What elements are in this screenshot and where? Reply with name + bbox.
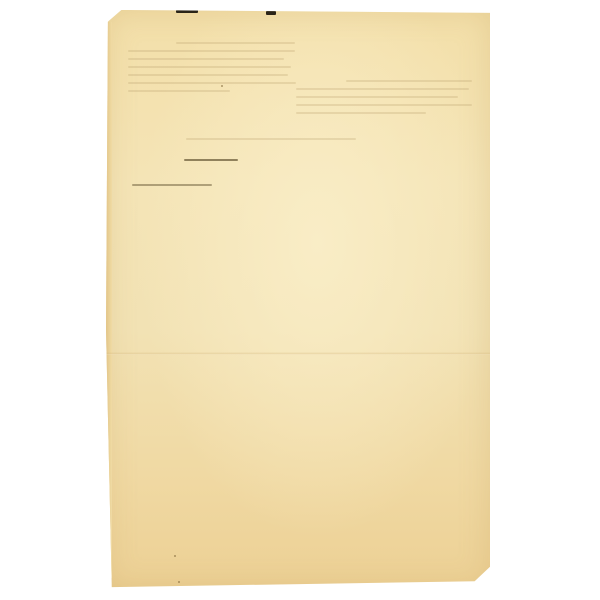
paper-left-edge [106, 22, 112, 579]
paper-speck [178, 581, 180, 583]
faint-text-upper-right [296, 80, 476, 120]
faint-text-upper-left [128, 42, 298, 98]
paper-speck [174, 555, 176, 557]
paper-speck [221, 85, 223, 87]
ink-mark-top-left [176, 10, 198, 13]
fold-crease [106, 352, 490, 355]
paper-sheet [106, 10, 490, 590]
pen-rule-1 [184, 159, 238, 161]
pen-rule-2 [132, 184, 212, 186]
ink-mark-top-center [266, 11, 276, 15]
faint-text-trailing-line [186, 138, 386, 146]
document-alt-text: Aged yellowed paper with faint bleed-thr… [0, 0, 1, 1]
